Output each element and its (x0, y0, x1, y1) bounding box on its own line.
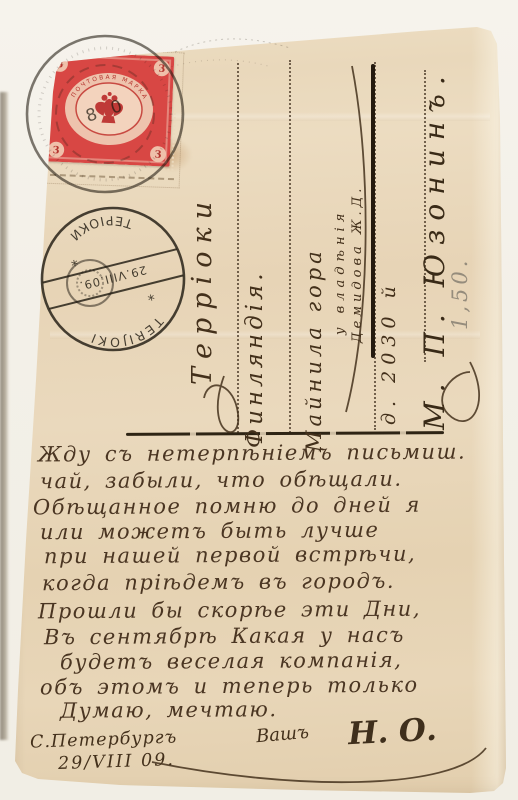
stamp-artwork: ПОЧТОВАЯ МАРКА 3 3 3 3 (44, 51, 175, 166)
address-line-house: д. 2030 й (378, 280, 400, 425)
message-line: или можетъ быть лучше (40, 518, 380, 544)
closing-place: С.Петербургъ (30, 727, 178, 752)
message-line: объ этомъ и теперь только (40, 673, 419, 700)
scan-shadow (0, 92, 9, 740)
message-line: Прошли бы скорѣе эти Дни, (38, 597, 421, 624)
address-solid-line (371, 64, 375, 358)
closing-date: 29/VIII 09. (58, 750, 176, 774)
message-line: Жду съ нетерпѣніемъ письмиш. (38, 440, 466, 467)
address-line-detail-2: Демидова Ж.Д. (350, 185, 365, 343)
address-line-town: Терріоки (187, 194, 218, 385)
address-line-addressee: М. П. Юзонинъ. (418, 67, 451, 430)
stamp-value: 3 (158, 64, 165, 75)
signature: Н. О. (347, 712, 437, 753)
address-dotted-line (237, 63, 239, 433)
message-line: Въ сентябрѣ Какая у насъ (44, 623, 405, 650)
message-line: чай, забыли, что обѣщали. (40, 467, 403, 494)
message-line: Думаю, мечтаю. (60, 697, 278, 723)
address-dotted-line (289, 60, 291, 433)
address-line-country: Финляндія. (242, 269, 268, 448)
address-line-detail-1: у владѣнія (333, 209, 348, 335)
postage-stamp: ПОЧТОВАЯ МАРКА 3 3 3 3 (44, 51, 175, 166)
stamp-value: 3 (154, 150, 161, 161)
stamp-value: 3 (56, 59, 63, 70)
postcard-scan: ПОЧТОВАЯ МАРКА 3 3 3 3 (0, 0, 518, 800)
address-line-place: Майнила гора (302, 247, 326, 452)
closing-valediction: Вашъ (255, 722, 310, 748)
message-line: будетъ веселая компанія, (60, 648, 403, 674)
message-line: Обѣщанное помню до дней я (33, 493, 421, 520)
pencil-price-note: 1,50. (448, 257, 472, 330)
stamp-value: 3 (52, 145, 59, 156)
message-line: когда пріѣдемъ въ городъ. (42, 569, 395, 595)
message-divider-rule (126, 431, 444, 436)
message-line: при нашей первой встрѣчи, (44, 542, 416, 569)
postcard: ПОЧТОВАЯ МАРКА 3 3 3 3 (0, 0, 518, 800)
